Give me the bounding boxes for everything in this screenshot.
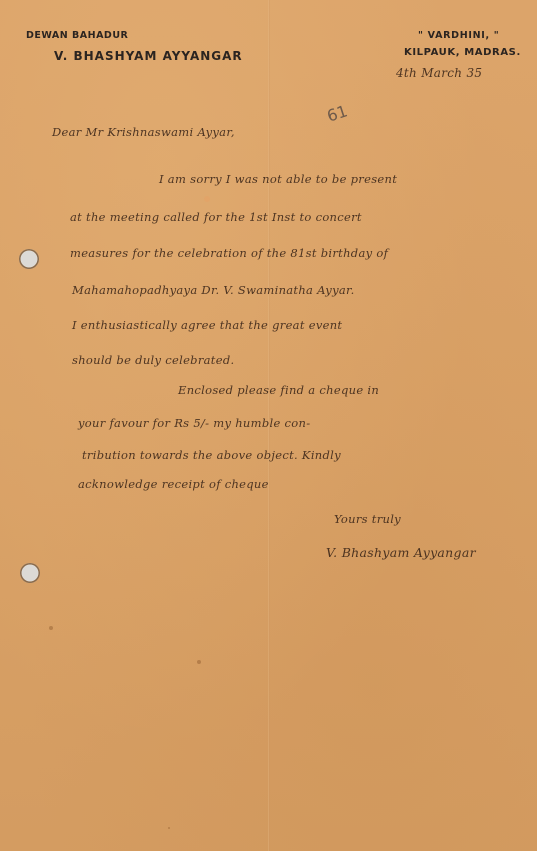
letter-date: 4th March 35 <box>396 66 482 80</box>
punch-hole-bottom <box>20 563 40 583</box>
body-line: acknowledge receipt of cheque <box>78 477 269 491</box>
letterhead-title: DEWAN BAHADUR <box>26 30 128 41</box>
body-line: tribution towards the above object. Kind… <box>82 448 341 462</box>
paper-stain <box>168 827 170 829</box>
letterhead-house: " VARDHINI, " <box>418 30 499 41</box>
letterhead-name: V. BHASHYAM AYYANGAR <box>54 49 243 63</box>
body-line: I am sorry I was not able to be present <box>159 172 397 186</box>
paper-stain <box>49 626 53 630</box>
body-line: I enthusiastically agree that the great … <box>72 318 342 332</box>
archive-number: 61 <box>325 101 350 125</box>
paper-stain <box>204 196 210 202</box>
closing: Yours truly <box>334 512 401 526</box>
body-line: should be duly celebrated. <box>72 353 234 367</box>
body-line: measures for the celebration of the 81st… <box>70 246 388 260</box>
punch-hole-top <box>19 249 39 269</box>
letterhead-address: KILPAUK, MADRAS. <box>404 47 521 58</box>
body-line: your favour for Rs 5/- my humble con- <box>78 416 310 430</box>
body-line: Mahamahopadhyaya Dr. V. Swaminatha Ayyar… <box>72 283 355 297</box>
body-line: Enclosed please find a cheque in <box>178 383 379 397</box>
salutation: Dear Mr Krishnaswami Ayyar, <box>52 125 235 139</box>
signature: V. Bhashyam Ayyangar <box>326 545 476 560</box>
body-line: at the meeting called for the 1st Inst t… <box>70 210 362 224</box>
letter-page: DEWAN BAHADUR V. BHASHYAM AYYANGAR " VAR… <box>0 0 537 851</box>
paper-stain <box>197 660 201 664</box>
